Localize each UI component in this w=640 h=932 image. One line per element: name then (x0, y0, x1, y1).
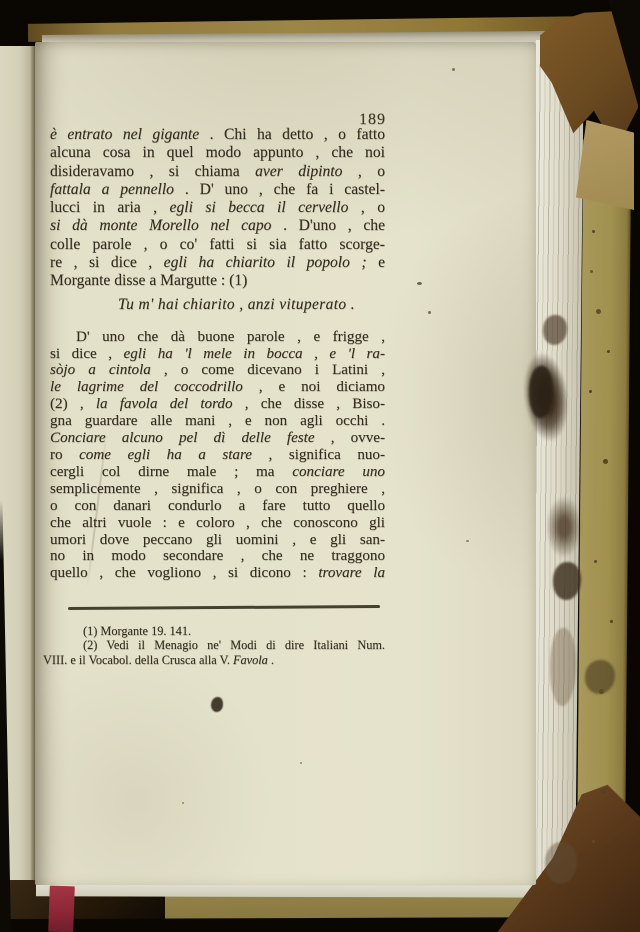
text-run: che altri vuole : e coloro , che conosco… (50, 515, 385, 531)
italic-run: conciare uno (292, 464, 385, 480)
italic-run: Favola (233, 653, 268, 667)
text-line: cergli col dirne male ; ma conciare uno (50, 464, 385, 481)
italic-run: egli ha chiarito il popolo ; (164, 254, 367, 271)
text-line: si dà monte Morello nel capo . D'uno , c… (50, 217, 385, 235)
text-run: . Chi ha detto , o fatto (199, 126, 385, 143)
text-run: . D' uno , che fa i castel- (174, 181, 385, 198)
ink-smudge (211, 697, 223, 712)
paper-speck (428, 311, 431, 314)
paper-speck (300, 762, 302, 764)
text-line: sòjo a cintola , o come dicevano i Latin… (50, 362, 385, 379)
text-line: (2) Vedi il Menagio ne' Modi di dire Ita… (45, 638, 385, 652)
italic-run: è entrato nel gigante (50, 126, 199, 143)
text-line: semplicemente , significa , o con preghi… (50, 481, 385, 498)
paragraph-quote: Tu m' hai chiarito , anzi vituperato . (50, 296, 385, 314)
board-speckles (592, 230, 595, 233)
text-line: che altri vuole : e coloro , che conosco… (50, 515, 385, 532)
text-run: . (268, 653, 274, 667)
text-run: re , si dice , (50, 254, 164, 271)
text-run: (2) Vedi il Menagio ne' Modi di dire Ita… (83, 638, 385, 652)
text-line: le lagrime del coccodrillo , e noi dicia… (50, 379, 385, 396)
text-line: disideravamo , si chiama aver dipinto , … (50, 163, 385, 181)
text-run: D' uno che dà buone parole , e frigge , (76, 329, 385, 345)
main-text-block: è entrato nel gigante . Chi ha detto , o… (50, 126, 385, 667)
text-run: , o come dicevano i Latini , (151, 362, 385, 378)
text-run: e (367, 254, 385, 271)
paragraph-para-1: è entrato nel gigante . Chi ha detto , o… (50, 126, 385, 291)
text-run: colle parole , o co' fatti si sia fatto … (50, 236, 385, 253)
text-run: gna guardare alle mani , e non agli occh… (50, 413, 385, 429)
text-line: colle parole , o co' fatti si sia fatto … (50, 236, 385, 254)
paragraph-para-2: D' uno che dà buone parole , e frigge ,s… (50, 329, 385, 583)
italic-run: aver dipinto (255, 163, 342, 180)
italic-run: fattala a pennello (50, 181, 174, 198)
text-run: , che disse , Biso- (233, 396, 385, 412)
text-line: fattala a pennello . D' uno , che fa i c… (50, 181, 385, 199)
text-run: o con danari condurlo a fare tutto quell… (50, 498, 385, 514)
text-line: Conciare alcuno pel dì delle feste , ovv… (50, 430, 385, 447)
text-run: , o (348, 199, 385, 216)
paper-speck (182, 802, 184, 804)
text-run: alcuna cosa in quel modo appunto , che n… (50, 144, 385, 161)
text-line: alcuna cosa in quel modo appunto , che n… (50, 144, 385, 162)
text-line: VIII. e il Vocabol. della Crusca alla V.… (43, 653, 385, 667)
text-run: cergli col dirne male ; ma (50, 464, 292, 480)
book-board-wedge (576, 120, 634, 210)
italic-run: sòjo a cintola (50, 362, 151, 378)
body-paragraphs: è entrato nel gigante . Chi ha detto , o… (50, 126, 385, 582)
text-run: (2) , (50, 396, 96, 412)
text-run: (1) Morgante 19. 141. (83, 624, 191, 638)
italic-run: egli si becca il cervello (170, 199, 349, 216)
text-run: si dice , (50, 346, 124, 362)
italic-run: si dà monte Morello nel capo (50, 217, 271, 234)
text-line: (2) , la favola del tordo , che disse , … (50, 396, 385, 413)
text-line: ro come egli ha a stare , significa nuo- (50, 447, 385, 464)
text-line: D' uno che dà buone parole , e frigge , (50, 329, 385, 346)
text-line: lucci in aria , egli si becca il cervell… (50, 199, 385, 217)
text-line: è entrato nel gigante . Chi ha detto , o… (50, 126, 385, 144)
italic-run: Tu m' hai chiarito , anzi vituperato . (118, 296, 355, 313)
text-line: Tu m' hai chiarito , anzi vituperato . (88, 296, 385, 314)
italic-run: egli ha 'l mele in bocca , e 'l ra- (124, 346, 385, 362)
text-run: , significa nuo- (252, 447, 385, 463)
bookmark-ribbon (48, 886, 75, 932)
text-line: re , si dice , egli ha chiarito il popol… (50, 254, 385, 272)
text-run: disideravamo , si chiama (50, 163, 255, 180)
text-run: umori dove peccano gli uomini , e gli sa… (50, 532, 385, 548)
text-run: lucci in aria , (50, 199, 170, 216)
text-line: gna guardare alle mani , e non agli occh… (50, 413, 385, 430)
italic-run: trovare la (318, 565, 385, 581)
text-run: , ovve- (315, 430, 385, 446)
text-run: , o (342, 163, 385, 180)
text-line: (1) Morgante 19. 141. (45, 624, 385, 638)
text-line: no in modo secondare , che ne traggono (50, 548, 385, 565)
footnote-block: (1) Morgante 19. 141.(2) Vedi il Menagio… (45, 624, 385, 667)
text-line: umori dove peccano gli uomini , e gli sa… (50, 532, 385, 549)
paper-speck (466, 540, 469, 542)
italic-run: la favola del tordo (96, 396, 233, 412)
text-line: quello , che vogliono , si dicono : trov… (50, 565, 385, 582)
text-line: Morgante disse a Margutte : (1) (50, 272, 385, 290)
book-scan: { "page": { "number": "189", "paragraphs… (0, 0, 640, 932)
text-run: ro (50, 447, 79, 463)
footnote-rule (68, 605, 380, 610)
text-run: no in modo secondare , che ne traggono (50, 548, 385, 564)
italic-run: le lagrime del coccodrillo (50, 379, 243, 395)
text-run: . D'uno , che (271, 217, 385, 234)
text-run: quello , che vogliono , si dicono : (50, 565, 318, 581)
paper-speck (452, 68, 455, 71)
text-run: semplicemente , significa , o con preghi… (50, 481, 385, 497)
text-run: Morgante disse a Margutte : (1) (50, 272, 247, 289)
text-line: si dice , egli ha 'l mele in bocca , e '… (50, 346, 385, 363)
text-run: VIII. e il Vocabol. della Crusca alla V. (43, 653, 233, 667)
text-line: o con danari condurlo a fare tutto quell… (50, 498, 385, 515)
paper-speck (417, 282, 422, 285)
italic-run: come egli ha a stare (79, 447, 252, 463)
italic-run: Conciare alcuno pel dì delle feste (50, 430, 315, 446)
text-run: , e noi diciamo (243, 379, 385, 395)
